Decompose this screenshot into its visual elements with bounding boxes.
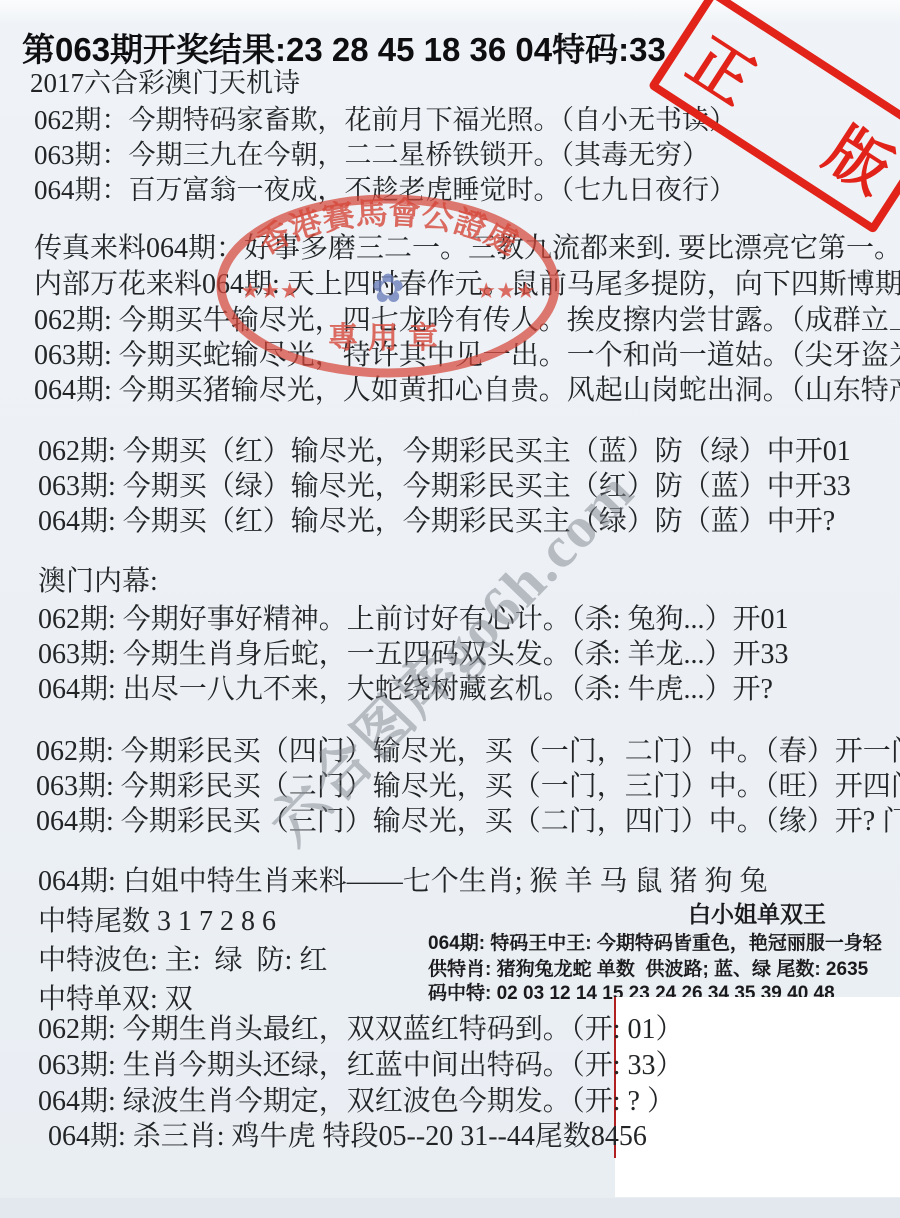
color-tip-line: 062期: 今期买（红）输尽光，今期彩民买主（蓝）防（绿）中开01 (38, 436, 851, 467)
queen-block-line: 064期: 特码王中王: 今期特码皆重色，艳冠丽服一身轻 (428, 928, 882, 955)
bottom-line: 062期: 今期生肖头最红，双双蓝红特码到。（开: 01） (38, 1014, 684, 1045)
queen-block-line: 供特肖: 猪狗兔龙蛇 单数 供波路; 蓝、绿 尾数: 2635 (428, 954, 868, 981)
fax-line: 064期: 今期买猪输尽光，人如黄扣心自贵。风起山岗蛇出洞。（山东特产） (34, 375, 900, 406)
baijie-intro-line: 064期: 白姐中特生肖来料——七个生肖; 猴 羊 马 鼠 猪 狗 兔 (38, 866, 768, 897)
macau-line: 063期: 今期生肖身后蛇，一五四码双头发。（杀: 羊龙...）开33 (38, 639, 789, 670)
draw-result-headline: 第063期开奖结果:23 28 45 18 36 04特码:33 (22, 24, 666, 71)
color-tip-line: 064期: 今期买（红）输尽光，今期彩民买主（绿）防（蓝）中开? (38, 506, 835, 537)
lottery-tip-sheet: 第063期开奖结果:23 28 45 18 36 04特码:33 2017六合彩… (0, 0, 900, 1218)
fax-line: 063期: 今期买蛇输尽光，特许其中见一出。一个和尚一道姑。（尖牙盗为生） (34, 340, 900, 371)
baijie-stat-line: 中特波色: 主: 绿 防: 红 (38, 945, 327, 976)
poem-line: 062期：今期特码家畜欺，花前月下福光照。（自小无书读） (34, 105, 736, 135)
queen-block-title: 白小姐单双王 (688, 896, 826, 929)
baijie-stat-line: 中特尾数 3 1 7 2 8 6 (38, 906, 276, 937)
poem-line: 063期：今期三九在今朝，二二星桥铁锁开。（其毒无穷） (34, 140, 709, 170)
authentic-stamp-char: 版 (812, 101, 900, 209)
door-line: 063期: 今期彩民买（二门）输尽光，买（一门，三门）中。（旺）开四门 (36, 771, 900, 802)
fax-line: 内部万花来料064期: 天上四时春作元。鼠前马尾多提防，向下四斯博期号。 (34, 269, 900, 300)
poem-line: 064期：百万富翁一夜成，不趁老虎睡觉时。（七九日夜行） (34, 175, 736, 205)
color-tip-line: 063期: 今期买（绿）输尽光，今期彩民买主（红）防（蓝）中开33 (38, 471, 851, 502)
macau-line: 062期: 今期好事好精神。上前讨好有心计。（杀: 兔狗...）开01 (38, 604, 789, 635)
fax-line: 062期: 今期买牛输尽光，四七龙吟有传人。挨皮擦内尝甘露。（成群立上头） (34, 305, 900, 336)
bottom-line: 064期: 杀三肖: 鸡牛虎 特段05--20 31--44尾数8456 (48, 1121, 647, 1152)
fax-line: 传真来料064期：好事多磨三二一。三教九流都来到. 要比漂亮它第一。 (34, 233, 900, 264)
bottom-edge-strip (0, 1198, 900, 1218)
bottom-line: 064期: 绿波生肖今期定，双红波色今期发。（开: ? ） (38, 1086, 675, 1117)
door-line: 062期: 今期彩民买（四门）输尽光，买（一门，二门）中。（春）开一门 (36, 736, 900, 767)
door-line: 064期: 今期彩民买（三门）输尽光，买（二门，四门）中。（缘）开? 门 (36, 806, 900, 837)
macau-line: 064期: 出尽一八九不来，大蛇绕树藏玄机。（杀: 牛虎...）开? (38, 674, 773, 705)
macau-inside-title: 澳门内幕: (38, 566, 158, 597)
poem-title: 2017六合彩澳门天机诗 (30, 68, 300, 98)
bottom-line: 063期: 生肖今期头还绿，红蓝中间出特码。（开: 33） (38, 1050, 684, 1081)
baijie-stat-line: 中特单双: 双 (38, 984, 193, 1015)
